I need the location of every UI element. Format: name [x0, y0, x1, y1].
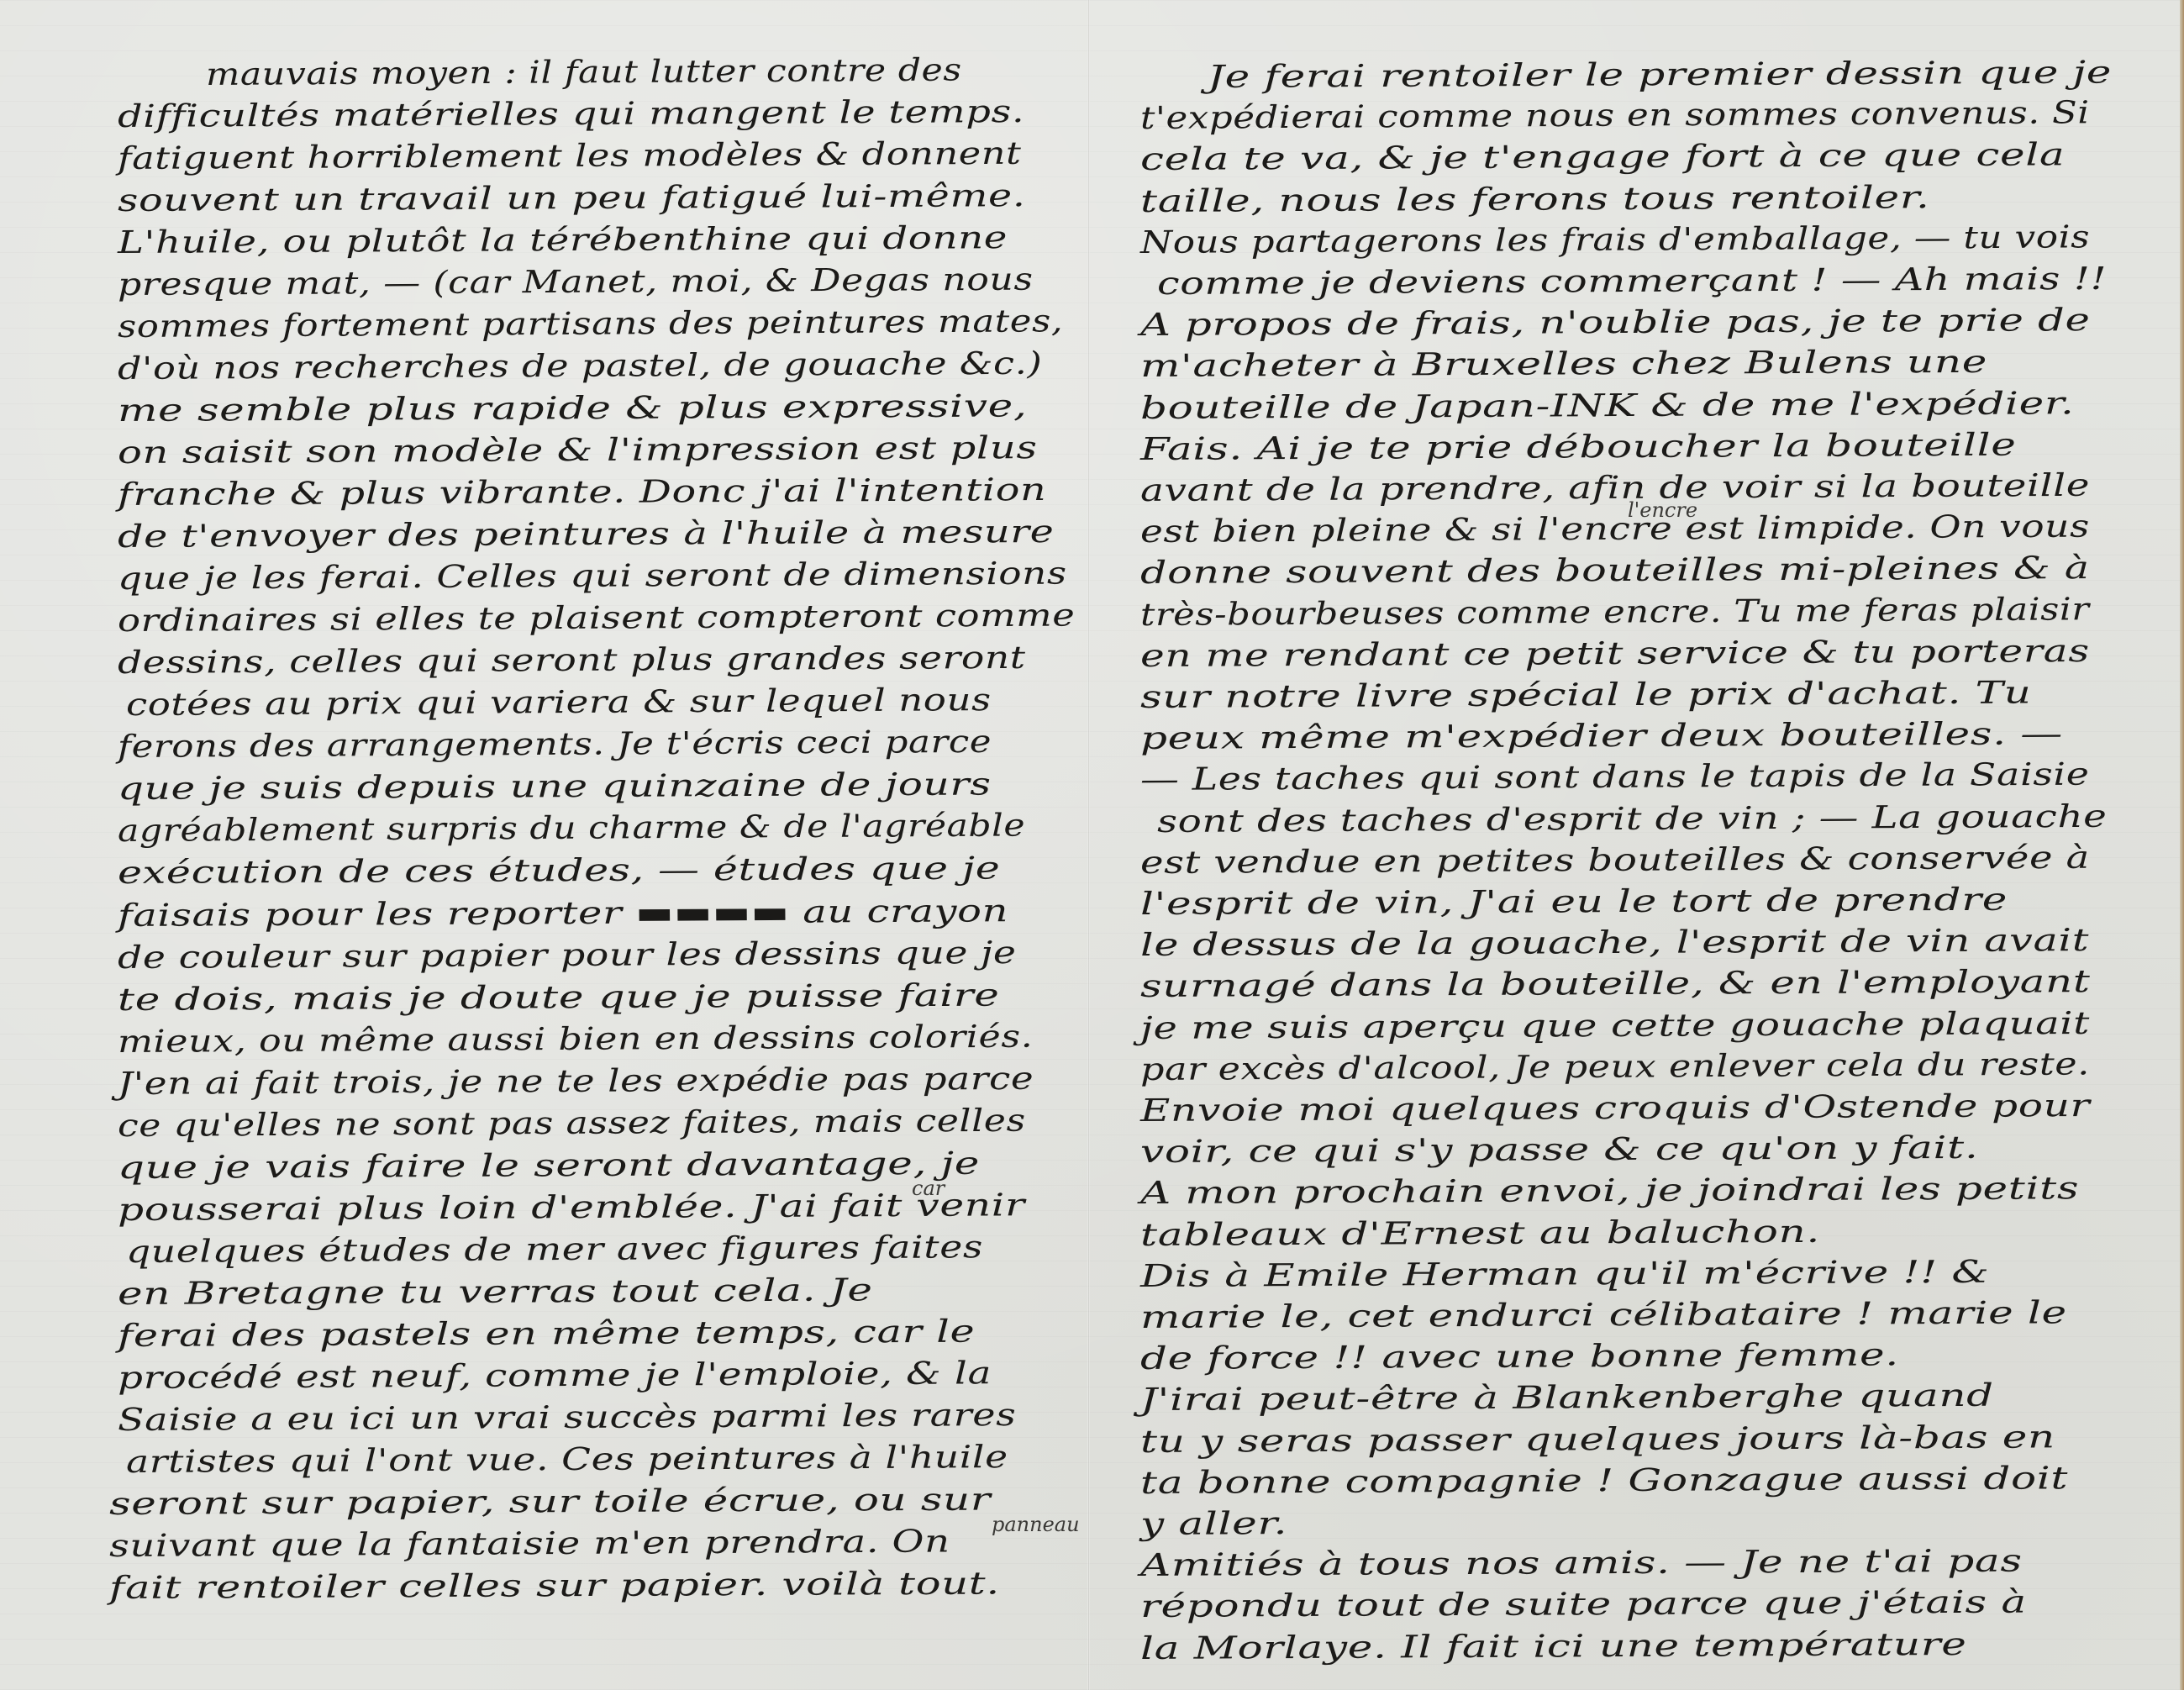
left-interlinear-insertion: panneau — [992, 1513, 1080, 1536]
right-line: A propos de frais, n'oublie pas, je te p… — [1140, 302, 2091, 344]
left-line: agréablement surpris du charme & de l'ag… — [118, 807, 1025, 850]
right-line: Envoie moi quelques croquis d'Ostende po… — [1140, 1087, 2091, 1129]
left-line: en Bretagne tu verras tout cela. Je — [118, 1271, 873, 1313]
left-line: fatiguent horriblement les modèles & don… — [118, 135, 1022, 177]
right-line: Dis à Emile Herman qu'il m'écrive !! & — [1140, 1254, 1990, 1295]
left-line: fait rentoiler celles sur papier. voilà … — [109, 1565, 1000, 1607]
right-line: en me rendant ce petit service & tu port… — [1140, 633, 2090, 675]
left-line: te dois, mais je doute que je puisse fai… — [118, 977, 1000, 1019]
right-line: répondu tout de suite parce que j'étais … — [1140, 1584, 2027, 1625]
right-line: — Les taches qui sont dans le tapis de l… — [1140, 756, 2090, 798]
left-line: faisais pour les reporter ▬▬▬▬ au crayon — [118, 892, 1008, 935]
right-line: voir, ce qui s'y passe & ce qu'on y fait… — [1140, 1129, 1979, 1171]
left-line: me semble plus rapide & plus expressive, — [118, 387, 1028, 429]
right-line: cela te va, & je t'engage fort à ce que … — [1140, 136, 2066, 178]
right-line: t'expédierai comme nous en sommes conven… — [1140, 94, 2090, 137]
right-line: bouteille de Japan-INK & de me l'expédie… — [1140, 385, 2075, 427]
right-line: A mon prochain envoi, je joindrai les pe… — [1140, 1170, 2080, 1212]
right-line: m'acheter à Bruxelles chez Bulens une — [1140, 344, 1987, 385]
left-line: artistes qui l'ont vue. Ces peintures à … — [126, 1439, 1008, 1481]
left-line: ordinaires si elles te plaisent comptero… — [118, 597, 1076, 640]
right-line: Amitiés à tous nos amis. — Je ne t'ai pa… — [1140, 1543, 2023, 1584]
left-line: sommes fortement partisans des peintures… — [118, 303, 1063, 345]
right-line: y aller. — [1140, 1505, 1287, 1543]
right-line: donne souvent des bouteilles mi-pleines … — [1140, 550, 2090, 592]
right-line: tableaux d'Ernest au baluchon. — [1140, 1214, 1820, 1254]
right-line: de force !! avec une bonne femme. — [1140, 1336, 1899, 1377]
left-line: L'huile, ou plutôt la térébenthine qui d… — [118, 219, 1008, 261]
right-line: par excès d'alcool, Je peux enlever cela… — [1140, 1045, 2090, 1088]
right-interlinear-insertion: l'encre — [1628, 498, 1697, 522]
right-line: sur notre livre spécial le prix d'achat.… — [1140, 675, 2032, 716]
left-line: que je vais faire le seront davantage, j… — [118, 1145, 980, 1187]
left-line: que je suis depuis une quinzaine de jour… — [118, 766, 992, 808]
left-line: J'en ai fait trois, je ne te les expédie… — [118, 1061, 1034, 1103]
right-line: le dessus de la gouache, l'esprit de vin… — [1140, 922, 2090, 964]
right-line: comme je deviens commerçant ! — Ah mais … — [1157, 261, 2108, 303]
left-line: que je les ferai. Celles qui seront de d… — [118, 555, 1067, 598]
left-line: presque mat, — (car Manet, moi, & Degas … — [118, 261, 1034, 303]
right-line: tu y seras passer quelques jours là-bas … — [1140, 1419, 2055, 1461]
left-line: souvent un travail un peu fatigué lui-mê… — [118, 177, 1026, 219]
right-line: je me suis aperçu que cette gouache plaq… — [1140, 1005, 2090, 1047]
right-line: ta bonne compagnie ! Gonzague aussi doit — [1140, 1460, 2069, 1502]
left-interlinear-insertion: car — [912, 1177, 945, 1200]
right-line: Nous partagerons les frais d'emballage, … — [1140, 218, 2090, 261]
right-line: marie le, cet endurci célibataire ! mari… — [1140, 1294, 2067, 1336]
left-line: procédé est neuf, comme je l'emploie, & … — [118, 1355, 992, 1397]
left-line: franche & plus vibrante. Donc j'ai l'int… — [118, 471, 1047, 513]
right-line: Je ferai rentoiler le premier dessin que… — [1208, 54, 2112, 96]
left-line: ce qu'elles ne sont pas assez faites, ma… — [118, 1103, 1026, 1145]
right-line: est vendue en petites bouteilles & conse… — [1140, 840, 2090, 882]
right-page: Je ferai rentoiler le premier dessin que… — [1090, 0, 2180, 1690]
right-line: peux même m'expédier deux bouteilles. — — [1140, 715, 2063, 757]
left-line: on saisit son modèle & l'impression est … — [118, 429, 1038, 471]
left-page: mauvais moyen : il faut lutter contre de… — [0, 0, 1087, 1690]
right-line: J'irai peut-être à Blankenberghe quand — [1140, 1377, 1994, 1419]
left-line: mauvais moyen : il faut lutter contre de… — [206, 52, 962, 93]
left-line: difficultés matérielles qui mangent le t… — [118, 93, 1025, 135]
left-line: ferons des arrangements. Je t'écris ceci… — [118, 724, 992, 766]
left-line: d'où nos recherches de pastel, de gouach… — [118, 345, 1043, 387]
right-line: avant de la prendre, afin de voir si la … — [1140, 467, 2090, 509]
right-line: très-bourbeuses comme encre. Tu me feras… — [1140, 591, 2090, 634]
right-line: la Morlaye. Il fait ici une température — [1140, 1626, 1967, 1667]
left-line: cotées au prix qui variera & sur lequel … — [126, 682, 992, 724]
left-line: Saisie a eu ici un vrai succès parmi les… — [118, 1397, 1017, 1439]
right-line: surnagé dans la bouteille, & en l'employ… — [1140, 963, 2091, 1005]
left-line: de t'envoyer des peintures à l'huile à m… — [118, 513, 1055, 555]
left-line: dessins, celles qui seront plus grandes … — [118, 640, 1026, 682]
right-line: l'esprit de vin, J'ai eu le tort de pren… — [1140, 882, 2008, 923]
left-line: suivant que la fantaisie m'en prendra. O… — [109, 1523, 950, 1565]
left-line: exécution de ces études, — études que je — [118, 850, 1001, 892]
left-line: mieux, ou même aussi bien en dessins col… — [118, 1019, 1034, 1061]
left-line: seront sur papier, sur toile écrue, ou s… — [109, 1482, 992, 1523]
right-line: taille, nous les ferons tous rentoiler. — [1140, 179, 1930, 220]
right-line: sont des taches d'esprit de vin ; — La g… — [1157, 798, 2108, 840]
right-line: est bien pleine & si l'encre est limpide… — [1140, 508, 2090, 550]
right-line: Fais. Ai je te prie déboucher la bouteil… — [1140, 427, 2017, 468]
left-line: ferai des pastels en même temps, car le — [118, 1314, 976, 1355]
left-line: quelques études de mer avec figures fait… — [126, 1229, 983, 1271]
left-line: pousserai plus loin d'emblée. J'ai fait … — [118, 1187, 1025, 1229]
left-line: de couleur sur papier pour les dessins q… — [118, 935, 1017, 977]
paper-edge — [2180, 0, 2184, 1690]
